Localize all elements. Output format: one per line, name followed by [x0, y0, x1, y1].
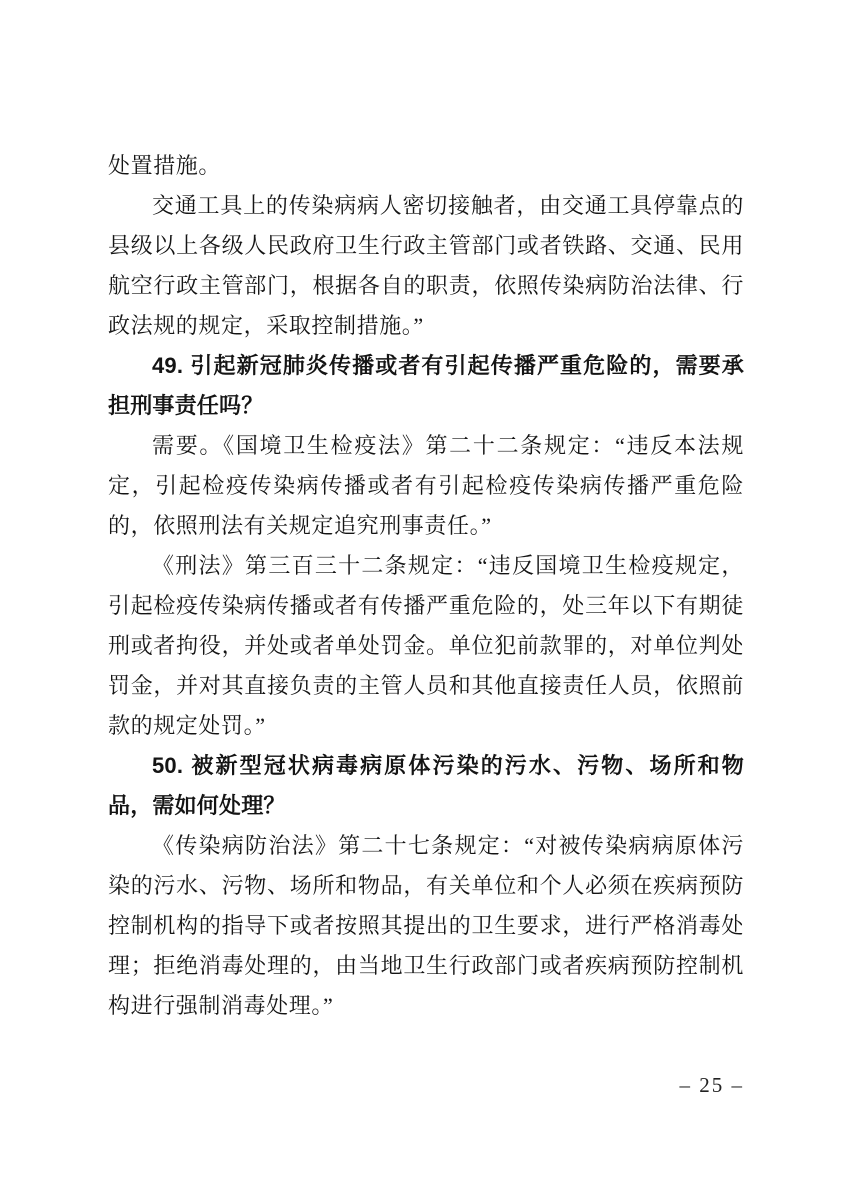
question-49-heading: 49. 引起新冠肺炎传播或者有引起传播严重危险的，需要承担刑事责任吗？ — [108, 346, 744, 426]
answer-49-frontier-quarantine-law: 需要。《国境卫生检疫法》第二十二条规定：“违反本法规定，引起检疫传染病传播或者有… — [108, 426, 744, 546]
question-50-heading: 50. 被新型冠状病毒病原体污染的污水、污物、场所和物品，需如何处理？ — [108, 746, 744, 826]
paragraph-continuation: 处置措施。 — [108, 146, 744, 186]
answer-49-criminal-law: 《刑法》第三百三十二条规定：“违反国境卫生检疫规定，引起检疫传染病传播或者有传播… — [108, 546, 744, 746]
page-footer: – 25 – — [680, 1072, 745, 1098]
answer-50-infectious-disease-law: 《传染病防治法》第二十七条规定：“对被传染病病原体污染的污水、污物、场所和物品，… — [108, 826, 744, 1026]
paragraph-close-contacts: 交通工具上的传染病病人密切接触者，由交通工具停靠点的县级以上各级人民政府卫生行政… — [108, 186, 744, 346]
page-number: – 25 – — [680, 1073, 745, 1097]
document-page: 处置措施。 交通工具上的传染病病人密切接触者，由交通工具停靠点的县级以上各级人民… — [0, 0, 850, 1203]
document-body: 处置措施。 交通工具上的传染病病人密切接触者，由交通工具停靠点的县级以上各级人民… — [108, 146, 744, 1026]
